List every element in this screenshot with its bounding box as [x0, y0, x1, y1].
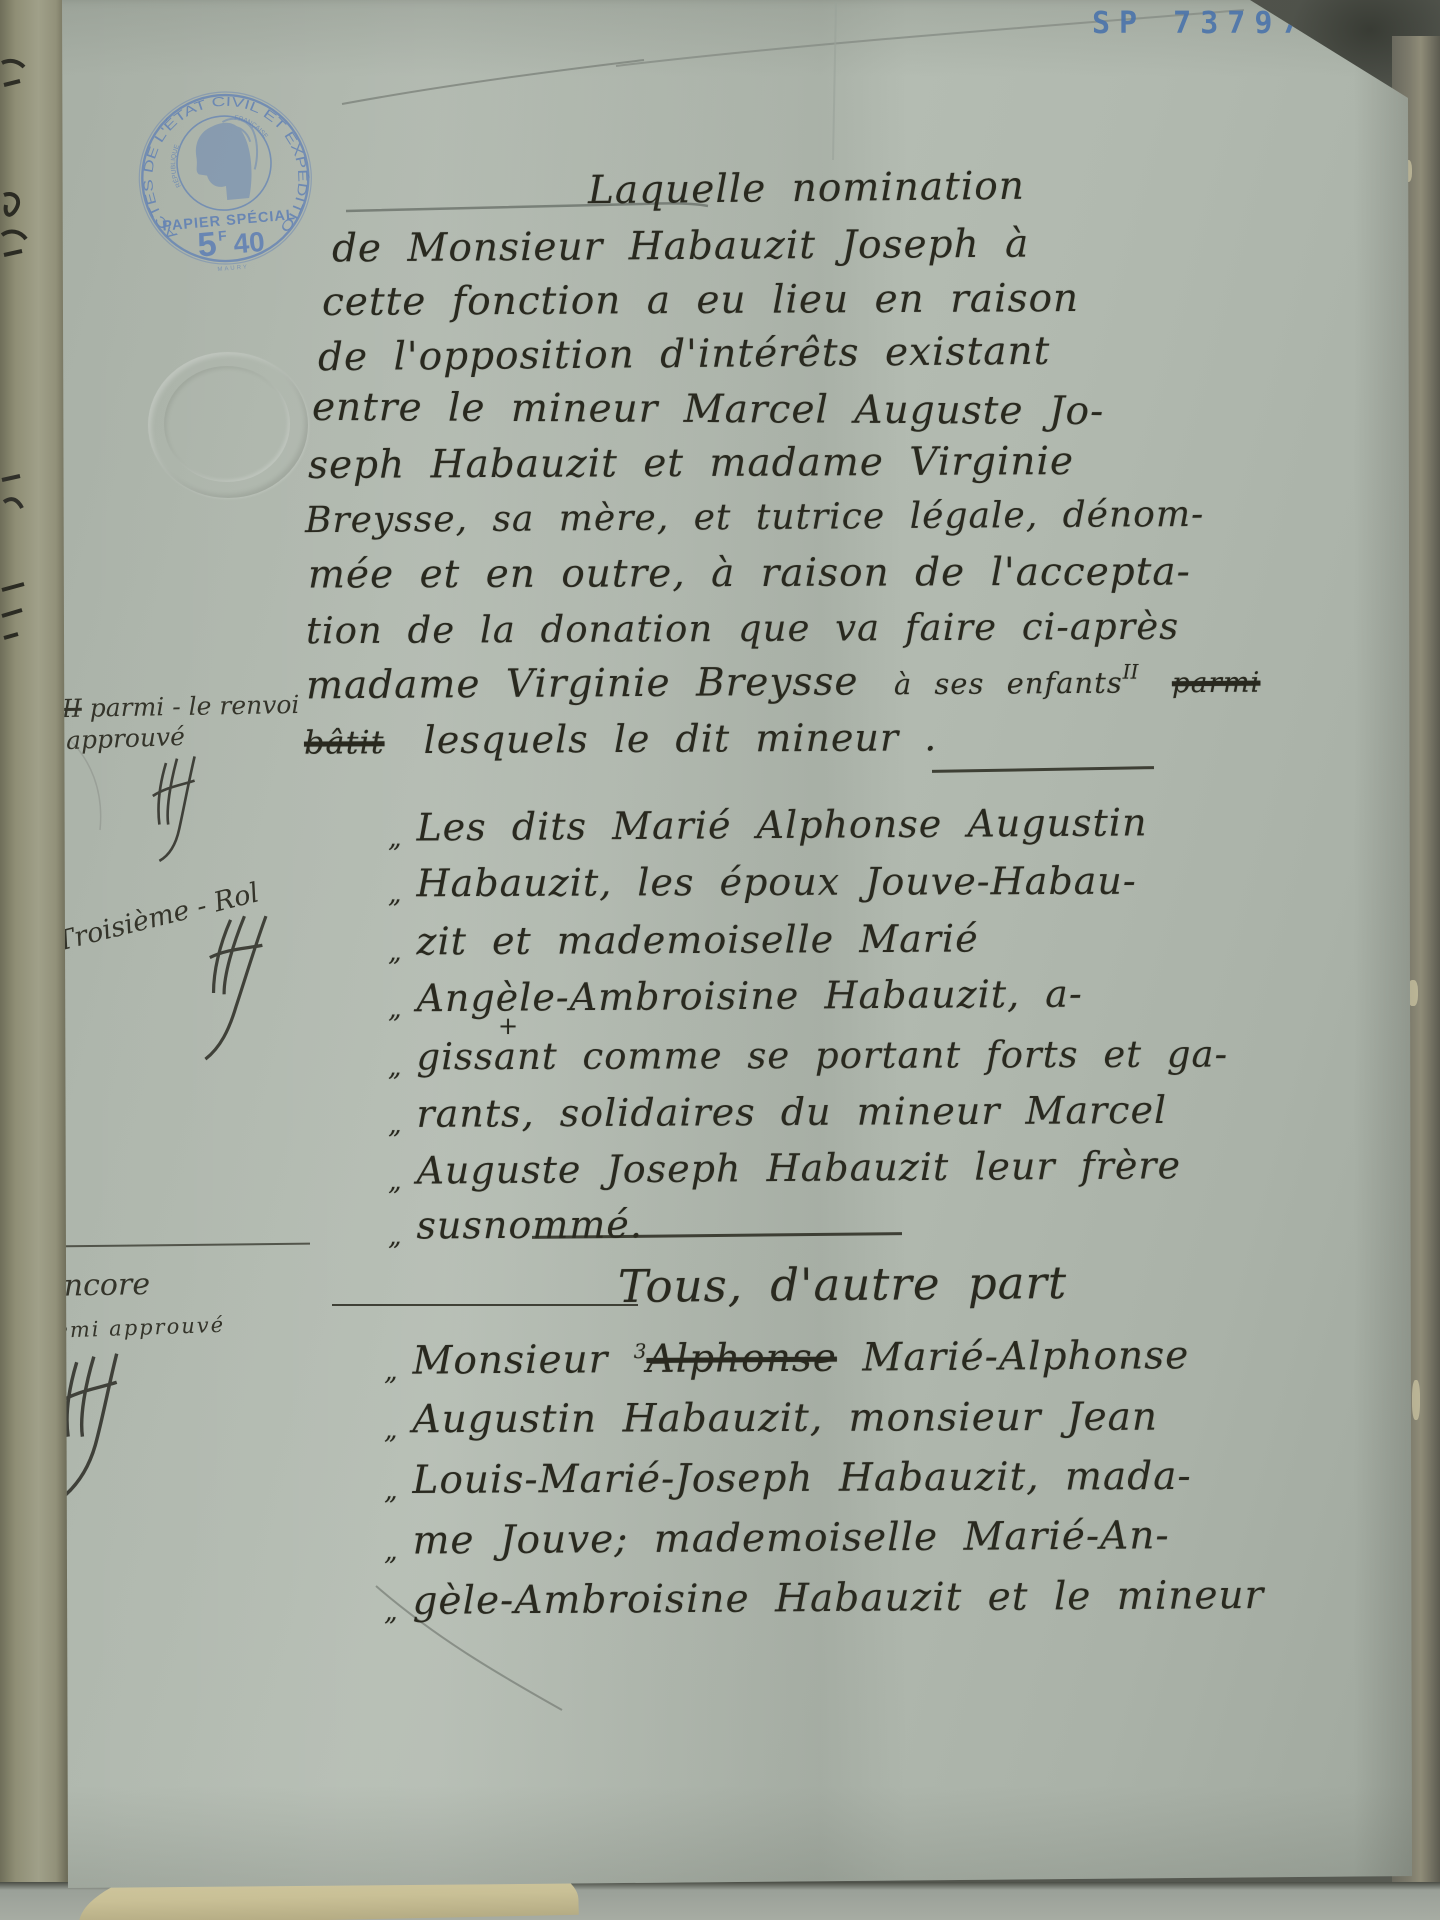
- handwritten-line: de l'opposition d'intérêts existant: [318, 329, 1051, 380]
- line-text: zit et mademoiselle Marié: [416, 916, 978, 963]
- line-text: Marié-Alphonse: [862, 1333, 1189, 1380]
- stamp-printer-mark: MAURY: [217, 264, 249, 273]
- handwritten-heading: Tous, d'autre part: [618, 1256, 1067, 1313]
- previous-page-text-fragment: [0, 470, 26, 520]
- quote-mark: „: [384, 1357, 399, 1387]
- ink-rule: [932, 766, 1154, 773]
- margin-note-approval: demi approuvé: [40, 1313, 226, 1343]
- revenue-stamp: ACTES DE L'ÉTAT CIVIL ET EXPÉDITIONS RÉP…: [117, 70, 335, 303]
- quote-mark: „: [388, 1167, 403, 1197]
- svg-text:5: 5: [196, 225, 218, 265]
- line-text: gèle-Ambroisine Habauzit et le mineur: [412, 1573, 1264, 1624]
- line-text: lesquels le dit mineur .: [423, 715, 937, 762]
- handwritten-quoted-line: „gèle-Ambroisine Habauzit et le mineur: [384, 1573, 1265, 1627]
- margin-note-approval: approuvé: [66, 722, 186, 755]
- quote-mark: „: [388, 824, 403, 854]
- struck-word: Alphonse: [646, 1336, 837, 1382]
- previous-page-text-fragment: [0, 185, 30, 265]
- handwritten-line: seph Habauzit et madame Virginie: [308, 439, 1074, 488]
- quote-mark: „: [384, 1537, 399, 1567]
- quote-mark: „: [388, 1052, 403, 1082]
- quote-mark: „: [388, 994, 403, 1024]
- handwritten-quoted-line: „Les dits Marié Alphonse Augustin: [388, 800, 1148, 853]
- line-text: susnommé.: [416, 1202, 643, 1247]
- handwritten-line: cette fonction a eu lieu en raison: [322, 276, 1079, 325]
- svg-text:F: F: [217, 227, 227, 244]
- previous-page-edge: [0, 0, 70, 1920]
- embossed-seal-inner: [164, 366, 290, 482]
- quote-mark: „: [384, 1597, 399, 1627]
- handwritten-quoted-line: „Habauzit, les époux Jouve-Habau-: [388, 859, 1137, 910]
- handwritten-quoted-line: „zit et mademoiselle Marié: [388, 916, 979, 967]
- quote-mark: „: [384, 1476, 399, 1506]
- line-text: Augustin Habauzit, monsieur Jean: [412, 1395, 1158, 1443]
- handwritten-quoted-line: „gissant comme se portant forts et ga-: [388, 1033, 1228, 1083]
- paraph-signature-icon: [142, 752, 212, 862]
- handwritten-line: madame Virginie Breysse à ses enfantsII …: [306, 657, 1261, 709]
- previous-page-text-fragment: [0, 580, 28, 650]
- quote-mark: „: [388, 879, 403, 909]
- embossed-seal: [148, 352, 308, 498]
- document-page: SP 73797 ACTES DE L'ÉTAT CIVIL ET EXPÉDI…: [0, 0, 1440, 1920]
- line-text: me Jouve; mademoiselle Marié-An-: [412, 1513, 1169, 1563]
- margin-note-renvoi: II parmi - le renvoi: [62, 690, 300, 723]
- marianne-head-icon: [193, 117, 262, 202]
- renvoi-mark: II: [62, 694, 82, 723]
- line-text: Habauzit, les époux Jouve-Habau-: [416, 859, 1136, 906]
- handwritten-quoted-line: „Angèle-Ambroisine Habauzit, a-: [388, 972, 1083, 1025]
- handwritten-quoted-line: „susnommé.: [388, 1202, 643, 1251]
- handwritten-line: Laquelle nomination: [588, 164, 1025, 214]
- line-text: rants, solidaires du mineur Marcel: [416, 1088, 1167, 1136]
- quote-mark: „: [384, 1415, 399, 1445]
- svg-text:40: 40: [232, 226, 266, 260]
- handwritten-quoted-line: „Monsieur 3Alphonse Marié-Alphonse: [384, 1333, 1190, 1387]
- quote-mark: „: [388, 937, 403, 967]
- renvoi-mark: 3: [634, 1339, 647, 1363]
- line-text: gissant comme se portant forts et ga-: [416, 1033, 1228, 1079]
- quote-mark: „: [388, 1222, 403, 1252]
- handwritten-line: mée et en outre, à raison de l'accepta-: [308, 549, 1191, 597]
- handwritten-quoted-line: „Louis-Marié-Joseph Habauzit, mada-: [384, 1454, 1192, 1506]
- previous-page-text-fragment: [0, 55, 30, 115]
- handwritten-line: bâtit lesquels le dit mineur .: [304, 715, 938, 762]
- handwritten-line: Breysse, sa mère, et tutrice légale, dén…: [305, 494, 1204, 541]
- handwritten-quoted-line: „me Jouve; mademoiselle Marié-An-: [384, 1513, 1170, 1566]
- handwritten-quoted-line: „Auguste Joseph Habauzit leur frère: [388, 1143, 1181, 1197]
- quote-mark: „: [388, 1110, 403, 1140]
- line-text: madame Virginie Breysse: [306, 659, 859, 708]
- page-stack-fleck: [1412, 1380, 1420, 1420]
- handwritten-quoted-line: „rants, solidaires du mineur Marcel: [388, 1088, 1167, 1140]
- photographed-notarial-document: SP 73797 ACTES DE L'ÉTAT CIVIL ET EXPÉDI…: [0, 0, 1440, 1920]
- line-text: Auguste Joseph Habauzit leur frère: [416, 1143, 1181, 1192]
- line-text-small: à ses enfants: [894, 666, 1123, 702]
- margin-note-text: parmi - le renvoi: [89, 690, 299, 723]
- line-text: Monsieur: [412, 1337, 608, 1383]
- handwritten-line: entre le mineur Marcel Auguste Jo-: [312, 385, 1104, 434]
- struck-word: parmi: [1172, 666, 1261, 700]
- handwritten-line: tion de la donation que va faire ci-aprè…: [306, 605, 1179, 653]
- renvoi-mark: II: [1123, 660, 1139, 684]
- line-text: Louis-Marié-Joseph Habauzit, mada-: [412, 1454, 1191, 1503]
- line-text: Les dits Marié Alphonse Augustin: [416, 800, 1147, 849]
- margin-cross-line: [58, 1243, 310, 1248]
- ink-rule: [332, 1304, 638, 1306]
- struck-word: bâtit: [304, 723, 385, 761]
- handwritten-line: de Monsieur Habauzit Joseph à: [332, 222, 1030, 272]
- stamp-medallion-text-left: RÉPUBLIQUE: [167, 143, 185, 189]
- handwritten-quoted-line: „Augustin Habauzit, monsieur Jean: [384, 1395, 1158, 1446]
